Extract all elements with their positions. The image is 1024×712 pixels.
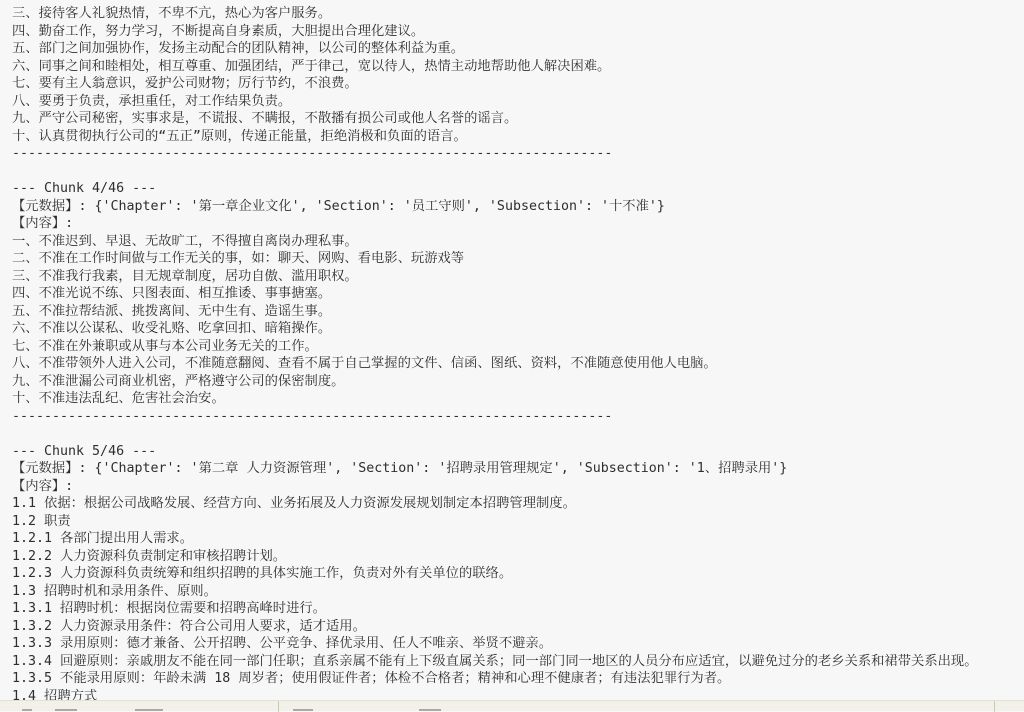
text-line: 六、不准以公谋私、收受礼赂、吃拿回扣、暗箱操作。 (12, 320, 1024, 338)
background-window-edge[interactable] (0, 700, 1024, 711)
text-line: 1.3.3 录用原则：德才兼备、公开招聘、公平竞争、择优录用、任人不唯亲、举贤不… (12, 635, 1024, 653)
text-line (12, 163, 1024, 181)
text-line: 七、要有主人翁意识，爱护公司财物；厉行节约，不浪费。 (12, 75, 1024, 93)
text-line: 二、不准在工作时间做与工作无关的事，如：聊天、网购、看电影、玩游戏等 (12, 250, 1024, 268)
text-line: 1.2 职责 (12, 513, 1024, 531)
separator-line: ----------------------------------------… (12, 408, 1024, 426)
text-line: 九、严守公司秘密，实事求是，不谎报、不瞒报，不散播有损公司或他人名誉的谣言。 (12, 110, 1024, 128)
text-line: 五、部门之间加强协作，发扬主动配合的团队精神，以公司的整体利益为重。 (12, 40, 1024, 58)
chunk-header: --- Chunk 4/46 --- (12, 180, 1024, 198)
text-line: 六、同事之间和睦相处，相互尊重、加强团结，严于律己，宽以待人，热情主动地帮助他人… (12, 58, 1024, 76)
text-line: 三、接待客人礼貌热情，不卑不亢，热心为客户服务。 (12, 5, 1024, 23)
text-line: 八、要勇于负责，承担重任，对工作结果负责。 (12, 93, 1024, 111)
text-line: 十、不准违法乱纪、危害社会治安。 (12, 390, 1024, 408)
text-line: 【元数据】: {'Chapter': '第二章 人力资源管理', 'Sectio… (12, 460, 1024, 478)
text-line: 1.3.4 回避原则：亲戚朋友不能在同一部门任职；直系亲属不能有上下级直属关系；… (12, 653, 1024, 671)
text-line: 四、不准光说不练、只图表面、相互推诿、事事搪塞。 (12, 285, 1024, 303)
text-line (12, 425, 1024, 443)
text-line: 十、认真贯彻执行公司的“五正”原则，传递正能量，拒绝消极和负面的语言。 (12, 128, 1024, 146)
text-line: 四、勤奋工作，努力学习，不断提高自身素质，大胆提出合理化建议。 (12, 23, 1024, 41)
text-line: 1.3 招聘时机和录用条件、原则。 (12, 583, 1024, 601)
text-line: 1.1 依据：根据公司战略发展、经营方向、业务拓展及人力资源发展规划制定本招聘管… (12, 495, 1024, 513)
text-line: 1.3.1 招聘时机：根据岗位需要和招聘高峰时进行。 (12, 600, 1024, 618)
background-window-divider (278, 701, 279, 711)
text-line: 七、不准在外兼职或从事与本公司业务无关的工作。 (12, 338, 1024, 356)
text-line: 1.4 招聘方式 (12, 688, 1024, 702)
text-line: 九、不准泄漏公司商业机密，严格遵守公司的保密制度。 (12, 373, 1024, 391)
text-line: 1.3.5 不能录用原则：年龄未满 18 周岁者；使用假证件者；体检不合格者；精… (12, 670, 1024, 688)
chunk-header: --- Chunk 5/46 --- (12, 443, 1024, 461)
text-line: 1.2.1 各部门提出用人需求。 (12, 530, 1024, 548)
text-line: 【内容】: (12, 478, 1024, 496)
background-window-divider (994, 701, 995, 711)
text-line: 【内容】: (12, 215, 1024, 233)
text-line: 三、不准我行我素，目无规章制度，居功自傲、滥用职权。 (12, 268, 1024, 286)
text-line: 一、不准迟到、早退、无故旷工，不得擅自离岗办理私事。 (12, 233, 1024, 251)
text-line: 1.2.3 人力资源科负责统筹和组织招聘的具体实施工作，负责对外有关单位的联络。 (12, 565, 1024, 583)
text-line: 八、不准带领外人进入公司，不准随意翻阅、查看不属于自己掌握的文件、信函、图纸、资… (12, 355, 1024, 373)
text-line: 1.3.2 人力资源录用条件：符合公司用人要求，适才适用。 (12, 618, 1024, 636)
text-line: 【元数据】: {'Chapter': '第一章企业文化', 'Section':… (12, 198, 1024, 216)
separator-line: ----------------------------------------… (12, 145, 1024, 163)
text-line: 1.2.2 人力资源科负责制定和审核招聘计划。 (12, 548, 1024, 566)
text-view[interactable]: 三、接待客人礼貌热情，不卑不亢，热心为客户服务。四、勤奋工作，努力学习，不断提高… (0, 0, 1024, 701)
text-line: 五、不准拉帮结派、挑拨离间、无中生有、造谣生事。 (12, 303, 1024, 321)
